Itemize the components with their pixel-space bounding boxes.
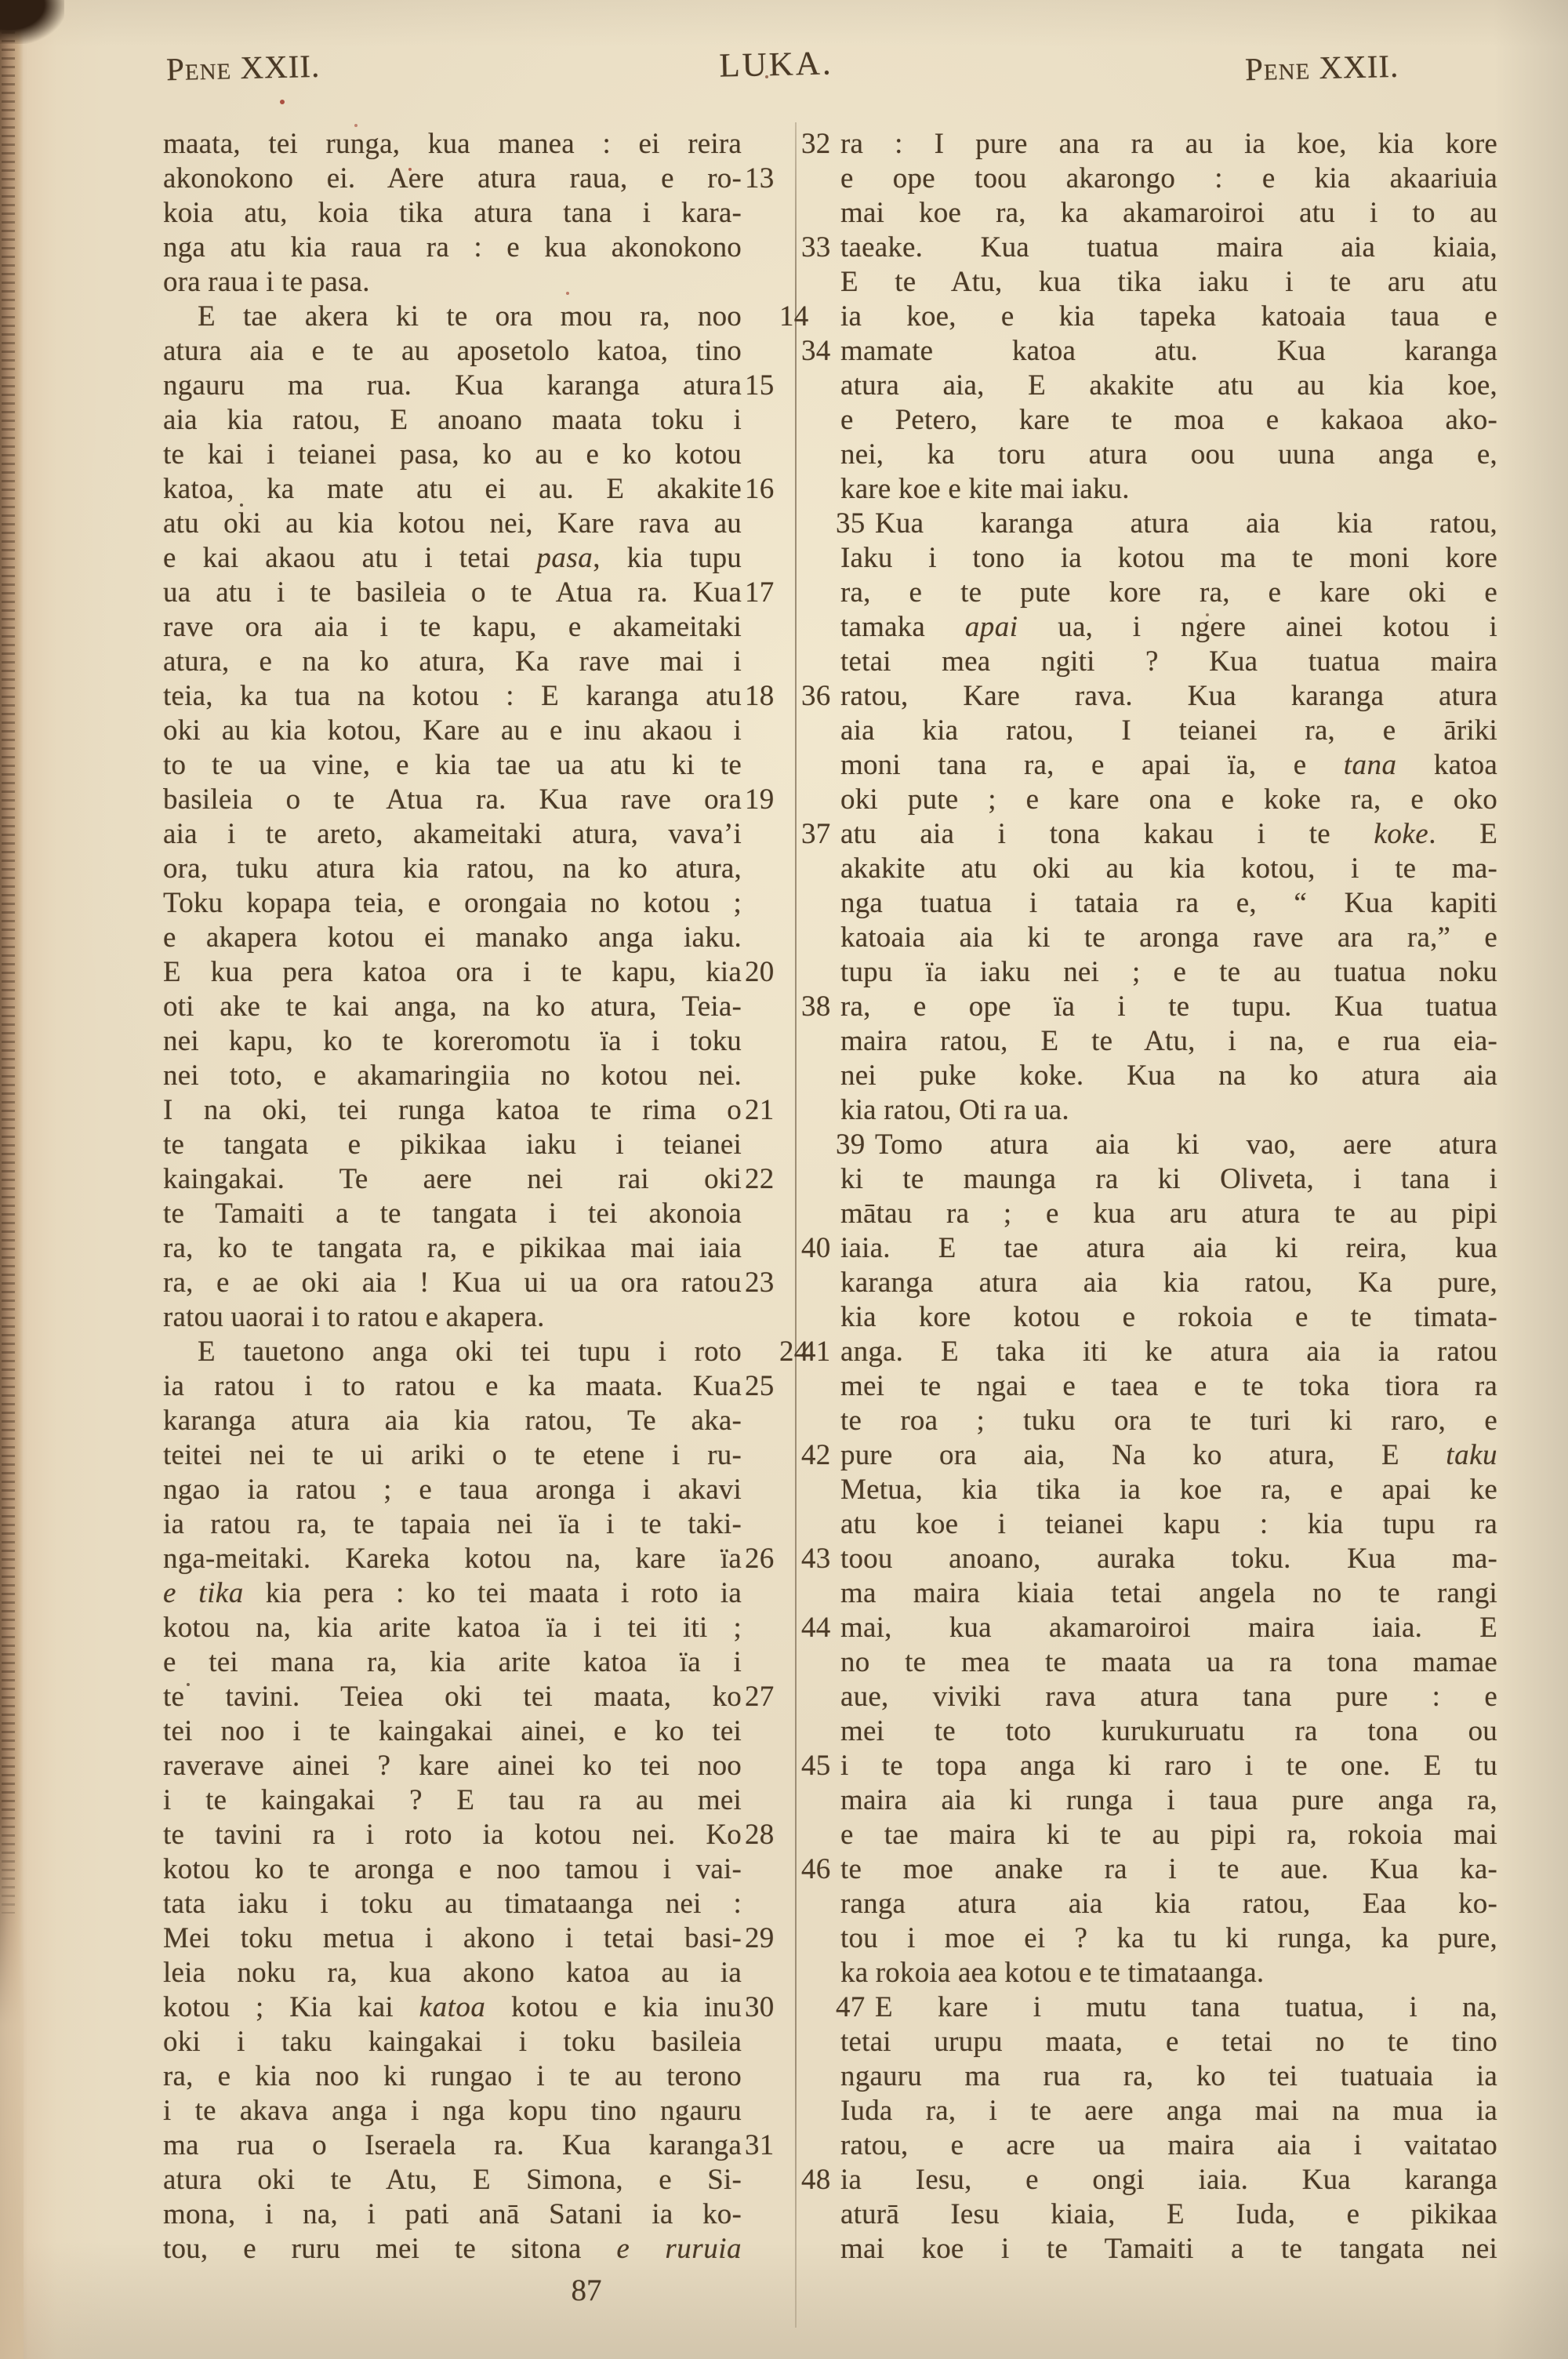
verse-text: ra, e ae oki aia ! Kua ui ua ora ratou [163, 1267, 742, 1299]
text-line: ra, e ope ïa i te tupu. Kua tuatua38 [840, 990, 1497, 1024]
text-line: aue, viviki rava atura tana pure : e [840, 1680, 1497, 1714]
verse-text: mātau ra ; e kua aru atura te au pipi [840, 1198, 1497, 1230]
text-line: ia ratou ra, te tapaia nei ïa i te taki- [163, 1507, 742, 1542]
text-line: tetai urupu maata, e tetai no te tino [840, 2025, 1497, 2059]
verse-text: kare koe e kite mai iaku. [840, 473, 1130, 505]
text-line: tei noo i te kaingakai ainei, e ko tei [163, 1714, 742, 1749]
text-line: mona, i na, i pati anā Satani ia ko- [163, 2197, 742, 2232]
verse-text: tata iaku i toku au timataanga nei : [163, 1888, 742, 1920]
verse-text: mei te toto kurukuruatu ra tona ou [840, 1715, 1497, 1747]
text-line: ora raua i te pasa. [163, 265, 742, 300]
text-line: raverave ainei ? kare ainei ko tei noo [163, 1749, 742, 1783]
verse-text: kaingakai. Te aere nei rai oki [163, 1163, 742, 1195]
verse-text: te roa ; tuku ora te turi ki raro, e [840, 1405, 1497, 1437]
verse-text: te kai i teianei pasa, ko au e ko kotou [163, 438, 742, 471]
verse-text: ia koe, e kia tapeka katoaia taua e [840, 300, 1497, 333]
header-chapter-right: Pene XXII. [1244, 47, 1399, 88]
text-line: kaingakai. Te aere nei rai oki22 [163, 1162, 742, 1197]
text-line: e tika kia pera : ko tei maata i roto ia [163, 1576, 742, 1611]
text-line: ua atu i te basileia o te Atua ra. Kua17 [163, 576, 742, 610]
verse-text: E te Atu, kua tika iaku i te aru atu [840, 266, 1497, 298]
text-line: kia ratou, Oti ra ua. [840, 1093, 1497, 1128]
verse-text: ra, e te pute kore ra, e kare oki e [840, 576, 1497, 609]
verse-number: 37 [801, 817, 837, 852]
verse-text: ngauru ma rua. Kua karanga atura [163, 369, 742, 402]
verse-text: raverave ainei ? kare ainei ko tei noo [163, 1750, 742, 1782]
text-line: te moe anake ra i te aue. Kua ka-46 [840, 1852, 1497, 1887]
verse-text: nei puke koke. Kua na ko atura aia [840, 1060, 1497, 1092]
left-text-column: maata, tei runga, kua manea : ei reiraak… [163, 127, 742, 2266]
verse-number: 13 [745, 162, 793, 196]
verse-text: te Tamaiti a te tangata i tei akonoia [163, 1198, 742, 1230]
text-line: Iaku i tono ia kotou ma te moni kore [840, 541, 1497, 576]
verse-text: teitei nei te ui ariki o te etene i ru- [163, 1439, 742, 1471]
verse-text: mei te ngai e taea e te toka tiora ra [840, 1370, 1497, 1402]
text-line: Tomo atura aia ki vao, aere atura39 [840, 1128, 1497, 1162]
text-line: kia kore kotou e rokoia e te timata- [840, 1300, 1497, 1335]
verse-text: e tae maira ki te au pipi ra, rokoia mai [840, 1819, 1497, 1851]
text-line: moni tana ra, e apai ïa, e tana katoa [840, 748, 1497, 783]
text-line: ia ratou i to ratou e ka maata. Kua25 [163, 1369, 742, 1404]
text-line: mātau ra ; e kua aru atura te au pipi [840, 1197, 1497, 1231]
text-line: maata, tei runga, kua manea : ei reira [163, 127, 742, 162]
verse-text: ia ratou i to ratou e ka maata. Kua [163, 1370, 742, 1402]
verse-text: I na oki, tei runga katoa te rima o [163, 1094, 742, 1126]
verse-text: Mei toku metua i akono i tetai basi- [163, 1922, 742, 1954]
verse-text: mamate katoa atu. Kua karanga [840, 335, 1497, 367]
text-line: kare koe e kite mai iaku. [840, 472, 1497, 507]
verse-text: ranga atura aia kia ratou, Eaa ko- [840, 1888, 1497, 1920]
text-line: E tauetono anga oki tei tupu i roto24 [163, 1335, 742, 1369]
verse-number: 28 [745, 1818, 793, 1852]
text-line: Iuda ra, i te aere anga mai na mua ia [840, 2094, 1497, 2128]
verse-text: e kai akaou atu i tetai pasa, kia tupu [163, 542, 742, 574]
verse-text: no te mea te maata ua ra tona mamae [840, 1646, 1497, 1678]
text-line: ora, tuku atura kia ratou, na ko atura, [163, 852, 742, 886]
verse-text: mai koe i te Tamaiti a te tangata nei [840, 2233, 1497, 2265]
verse-text: akakite atu oki au kia kotou, i te ma- [840, 852, 1497, 885]
verse-text: E kare i mutu tana tuatua, i na, [875, 1991, 1497, 2023]
verse-number: 16 [745, 472, 793, 507]
verse-text: e tei mana ra, kia arite katoa ïa i [163, 1646, 742, 1678]
verse-text: Kua karanga atura aia kia ratou, [875, 507, 1497, 540]
text-line: atura oki te Atu, E Simona, e Si- [163, 2163, 742, 2197]
verse-text: aia kia ratou, E anoano maata toku i [163, 404, 742, 436]
text-line: atura aia e te au aposetolo katoa, tino [163, 334, 742, 369]
verse-text: koia atu, koia tika atura tana i kara- [163, 197, 742, 229]
verse-text: aia kia ratou, I teianei ra, e āriki [840, 714, 1497, 747]
verse-text: tamaka apai ua, i ngere ainei kotou i [840, 611, 1497, 643]
text-line: no te mea te maata ua ra tona mamae [840, 1645, 1497, 1680]
verse-number: 36 [801, 679, 837, 714]
verse-number: 46 [801, 1852, 837, 1887]
verse-number: 19 [745, 783, 793, 817]
text-line: atu koe i teianei kapu : kia tupu ra [840, 1507, 1497, 1542]
text-line: oki au kia kotou, Kare au e inu akaou i [163, 714, 742, 748]
verse-text: atura oki te Atu, E Simona, e Si- [163, 2164, 742, 2196]
text-line: kotou ko te aronga e noo tamou i vai- [163, 1852, 742, 1887]
verse-text: atu koe i teianei kapu : kia tupu ra [840, 1508, 1497, 1540]
column-divider-rule [795, 122, 797, 2328]
running-header: Pene XXII. LUKA. Pene XXII. [0, 0, 1568, 102]
verse-text: basileia o te Atua ra. Kua rave ora [163, 783, 742, 816]
text-line: atu aia i tona kakau i te koke. E37 [840, 817, 1497, 852]
text-line: teitei nei te ui ariki o te etene i ru- [163, 1438, 742, 1473]
verse-text: tupu ïa iaku nei ; e te au tuatua noku [840, 956, 1497, 988]
verse-text: tou, e ruru mei te sitona e ruruia [163, 2233, 742, 2265]
text-line: rave ora aia i te kapu, e akameitaki [163, 610, 742, 645]
verse-text: Iuda ra, i te aere anga mai na mua ia [840, 2095, 1497, 2127]
text-line: ia koe, e kia tapeka katoaia taua e [840, 300, 1497, 334]
text-line: i te topa anga ki raro i te one. E tu45 [840, 1749, 1497, 1783]
verse-text: ngao ia ratou ; e taua aronga i akavi [163, 1474, 742, 1506]
text-line: karanga atura aia kia ratou, Te aka- [163, 1404, 742, 1438]
verse-text: mai, kua akamaroiroi maira iaia. E [840, 1612, 1497, 1644]
right-text-column: ra : I pure ana ra au ia koe, kia kore32… [840, 127, 1497, 2266]
text-line: akakite atu oki au kia kotou, i te ma- [840, 852, 1497, 886]
verse-number: 42 [801, 1438, 837, 1473]
text-line: leia noku ra, kua akono katoa au ia [163, 1956, 742, 1990]
verse-text: rave ora aia i te kapu, e akameitaki [163, 611, 742, 643]
scanned-book-page: { "colors":{"paper":"#e8dcc2","ink":"#4b… [0, 0, 1568, 2359]
verse-text: toou anoano, auraka toku. Kua ma- [840, 1543, 1497, 1575]
verse-text: maata, tei runga, kua manea : ei reira [163, 128, 742, 160]
verse-text: ra, ko te tangata ra, e pikikaa mai iaia [163, 1232, 742, 1264]
verse-number: 29 [745, 1921, 793, 1956]
verse-text: atu oki au kia kotou nei, Kare rava au [163, 507, 742, 540]
text-line: mei te toto kurukuruatu ra tona ou [840, 1714, 1497, 1749]
verse-text: Iaku i tono ia kotou ma te moni kore [840, 542, 1497, 574]
text-line: oti ake te kai anga, na ko atura, Teia- [163, 990, 742, 1024]
verse-text: mai koe ra, ka akamaroiroi atu i to au [840, 197, 1497, 229]
verse-number: 21 [745, 1093, 793, 1128]
text-line: nei kapu, ko te koreromotu ïa i toku [163, 1024, 742, 1059]
page-number: 87 [539, 2273, 633, 2308]
text-line: Kua karanga atura aia kia ratou,35 [840, 507, 1497, 541]
verse-text: to te ua vine, e kia tae ua atu ki te [163, 749, 742, 781]
text-line: teia, ka tua na kotou : E karanga atu18 [163, 679, 742, 714]
text-line: tamaka apai ua, i ngere ainei kotou i [840, 610, 1497, 645]
verse-number: 39 [801, 1128, 837, 1162]
verse-text: oki pute ; e kare ona e koke ra, e oko [840, 783, 1497, 816]
verse-text: nga-meitaki. Kareka kotou na, kare ïa [163, 1543, 742, 1575]
text-line: taeake. Kua tuatua maira aia kiaia,33 [840, 231, 1497, 265]
text-line: tupu ïa iaku nei ; e te au tuatua noku [840, 955, 1497, 990]
text-line: ra, ko te tangata ra, e pikikaa mai iaia [163, 1231, 742, 1266]
text-line: katoaia aia ki te aronga rave ara ra,” e [840, 921, 1497, 955]
verse-number: 17 [745, 576, 793, 610]
text-line: mai, kua akamaroiroi maira iaia. E44 [840, 1611, 1497, 1645]
verse-number: 31 [745, 2128, 793, 2163]
verse-text: e tika kia pera : ko tei maata i roto ia [163, 1577, 742, 1609]
verse-text: ua atu i te basileia o te Atua ra. Kua [163, 576, 742, 609]
text-line: aturā Iesu kiaia, E Iuda, e pikikaa [840, 2197, 1497, 2232]
verse-number: 45 [801, 1749, 837, 1783]
text-line: E kare i mutu tana tuatua, i na,47 [840, 1990, 1497, 2025]
verse-number: 23 [745, 1266, 793, 1300]
verse-text: nei, ka toru atura oou uuna anga e, [840, 438, 1497, 471]
text-line: nei puke koke. Kua na ko atura aia [840, 1059, 1497, 1093]
verse-text: ratou uaorai i to ratou e akapera. [163, 1301, 545, 1333]
text-line: mei te ngai e taea e te toka tiora ra [840, 1369, 1497, 1404]
verse-text: i te topa anga ki raro i te one. E tu [840, 1750, 1497, 1782]
verse-text: ora raua i te pasa. [163, 266, 370, 298]
verse-text: aturā Iesu kiaia, E Iuda, e pikikaa [840, 2198, 1497, 2230]
text-line: oki i taku kaingakai i toku basileia [163, 2025, 742, 2059]
verse-text: nei toto, e akamaringiia no kotou nei. [163, 1060, 742, 1092]
verse-text: ma maira kiaia tetai angela no te rangi [840, 1577, 1497, 1609]
text-line: ranga atura aia kia ratou, Eaa ko- [840, 1887, 1497, 1921]
text-line: e akapera kotou ei manako anga iaku. [163, 921, 742, 955]
text-line: ngao ia ratou ; e taua aronga i akavi [163, 1473, 742, 1507]
verse-text: ora, tuku atura kia ratou, na ko atura, [163, 852, 742, 885]
verse-text: i te kaingakai ? E tau ra au mei [163, 1784, 742, 1816]
verse-text: Toku kopapa teia, e orongaia no kotou ; [163, 887, 742, 919]
text-line: Toku kopapa teia, e orongaia no kotou ; [163, 886, 742, 921]
text-line: tetai mea ngiti ? Kua tuatua maira [840, 645, 1497, 679]
text-line: oki pute ; e kare ona e koke ra, e oko [840, 783, 1497, 817]
verse-text: te tavini. Teiea oki tei maata, ko [163, 1681, 742, 1713]
verse-text: atu aia i tona kakau i te koke. E [840, 818, 1497, 850]
verse-number: 27 [745, 1680, 793, 1714]
verse-number: 24 [745, 1335, 793, 1369]
verse-text: kia ratou, Oti ra ua. [840, 1094, 1069, 1126]
header-chapter-left: Pene XXII. [165, 47, 320, 88]
verse-number: 22 [745, 1162, 793, 1197]
verse-text: oki au kia kotou, Kare au e inu akaou i [163, 714, 742, 747]
text-line: ra, e kia noo ki rungao i te au terono [163, 2059, 742, 2094]
text-line: iaia. E tae atura aia ki reira, kua40 [840, 1231, 1497, 1266]
text-line: ia Iesu, e ongi iaia. Kua karanga48 [840, 2163, 1497, 2197]
verse-text: E tauetono anga oki tei tupu i roto [198, 1336, 742, 1368]
verse-text: ratou, e acre ua maira aia i vaitatao [840, 2129, 1497, 2161]
text-line: aia kia ratou, E anoano maata toku i [163, 403, 742, 438]
verse-text: te tangata e pikikaa iaku i teianei [163, 1129, 742, 1161]
verse-text: pure ora aia, Na ko atura, E taku [840, 1439, 1497, 1471]
text-line: mamate katoa atu. Kua karanga34 [840, 334, 1497, 369]
text-line: e Petero, kare te moa e kakaoa ako- [840, 403, 1497, 438]
verse-text: e akapera kotou ei manako anga iaku. [163, 921, 742, 954]
verse-number: 14 [745, 300, 793, 334]
text-line: to te ua vine, e kia tae ua atu ki te [163, 748, 742, 783]
text-line: tata iaku i toku au timataanga nei : [163, 1887, 742, 1921]
verse-text: kotou na, kia arite katoa ïa i tei iti ; [163, 1612, 742, 1644]
text-line: toou anoano, auraka toku. Kua ma-43 [840, 1542, 1497, 1576]
text-line: ra : I pure ana ra au ia koe, kia kore32 [840, 127, 1497, 162]
text-line: te kai i teianei pasa, ko au e ko kotou [163, 438, 742, 472]
verse-text: ngauru ma rua ra, ko tei tuatuaia ia [840, 2060, 1497, 2092]
verse-text: nga atu kia raua ra : e kua akonokono [163, 231, 742, 264]
text-line: E kua pera katoa ora i te kapu, kia20 [163, 955, 742, 990]
text-line: atura, e na ko atura, Ka rave mai i [163, 645, 742, 679]
verse-text: ra : I pure ana ra au ia koe, kia kore [840, 128, 1497, 160]
verse-number: 41 [801, 1335, 837, 1369]
text-line: te tavini ra i roto ia kotou nei. Ko28 [163, 1818, 742, 1852]
verse-text: karanga atura aia kia ratou, Te aka- [163, 1405, 742, 1437]
text-line: te tavini. Teiea oki tei maata, ko27 [163, 1680, 742, 1714]
text-line: E te Atu, kua tika iaku i te aru atu [840, 265, 1497, 300]
text-line: basileia o te Atua ra. Kua rave ora19 [163, 783, 742, 817]
verse-number: 38 [801, 990, 837, 1024]
text-line: te tangata e pikikaa iaku i teianei [163, 1128, 742, 1162]
verse-text: karanga atura aia kia ratou, Ka pure, [840, 1267, 1497, 1299]
verse-number: 35 [801, 507, 837, 541]
verse-text: katoa, ka mate atu ei au. E akakite [163, 473, 742, 505]
verse-number: 32 [801, 127, 837, 162]
text-line: kotou ; Kia kai katoa kotou e kia inu30 [163, 1990, 742, 2025]
text-line: ra, e ae oki aia ! Kua ui ua ora ratou23 [163, 1266, 742, 1300]
text-line: mai koe i te Tamaiti a te tangata nei [840, 2232, 1497, 2266]
verse-number: 25 [745, 1369, 793, 1404]
text-line: e ope toou akarongo : e kia akaariuia [840, 162, 1497, 196]
verse-text: ka rokoia aea kotou e te timataanga. [840, 1957, 1264, 1989]
text-line: Metua, kia tika ia koe ra, e apai ke [840, 1473, 1497, 1507]
verse-number: 48 [801, 2163, 837, 2197]
verse-text: te moe anake ra i te aue. Kua ka- [840, 1853, 1497, 1885]
verse-number: 33 [801, 231, 837, 265]
text-line: ra, e te pute kore ra, e kare oki e [840, 576, 1497, 610]
verse-number: 43 [801, 1542, 837, 1576]
verse-text: katoaia aia ki te aronga rave ara ra,” e [840, 921, 1497, 954]
verse-text: aia i te areto, akameitaki atura, vava’i [163, 818, 742, 850]
verse-text: ra, e ope ïa i te tupu. Kua tuatua [840, 990, 1497, 1023]
text-line: ratou, e acre ua maira aia i vaitatao [840, 2128, 1497, 2163]
text-line: aia i te areto, akameitaki atura, vava’i [163, 817, 742, 852]
verse-number: 47 [801, 1990, 837, 2025]
verse-text: e ope toou akarongo : e kia akaariuia [840, 162, 1497, 194]
verse-text: e Petero, kare te moa e kakaoa ako- [840, 404, 1497, 436]
verse-text: oti ake te kai anga, na ko atura, Teia- [163, 990, 742, 1023]
verse-text: E kua pera katoa ora i te kapu, kia [163, 956, 742, 988]
text-line: maira aia ki runga i taua pure anga ra, [840, 1783, 1497, 1818]
text-line: Mei toku metua i akono i tetai basi-29 [163, 1921, 742, 1956]
verse-text: E tae akera ki te ora mou ra, noo [198, 300, 742, 333]
text-line: i te kaingakai ? E tau ra au mei [163, 1783, 742, 1818]
text-line: nei, ka toru atura oou uuna anga e, [840, 438, 1497, 472]
verse-number: 18 [745, 679, 793, 714]
verse-text: ia ratou ra, te tapaia nei ïa i te taki- [163, 1508, 742, 1540]
text-line: nga-meitaki. Kareka kotou na, kare ïa26 [163, 1542, 742, 1576]
text-line: ki te maunga ra ki Oliveta, i tana i [840, 1162, 1497, 1197]
text-line: te roa ; tuku ora te turi ki raro, e [840, 1404, 1497, 1438]
verse-text: atura, e na ko atura, Ka rave mai i [163, 645, 742, 678]
verse-text: te tavini ra i roto ia kotou nei. Ko [163, 1819, 742, 1851]
text-line: pure ora aia, Na ko atura, E taku42 [840, 1438, 1497, 1473]
text-line: tou i moe ei ? ka tu ki runga, ka pure, [840, 1921, 1497, 1956]
text-line: nga atu kia raua ra : e kua akonokono [163, 231, 742, 265]
verse-text: maira ratou, E te Atu, i na, e rua eia- [840, 1025, 1497, 1057]
text-line: e kai akaou atu i tetai pasa, kia tupu [163, 541, 742, 576]
verse-text: ma rua o Iseraela ra. Kua karanga [163, 2129, 742, 2161]
verse-text: ki te maunga ra ki Oliveta, i tana i [840, 1163, 1497, 1195]
verse-text: i te akava anga i nga kopu tino ngauru [163, 2095, 742, 2127]
text-line: koia atu, koia tika atura tana i kara- [163, 196, 742, 231]
text-line: ratou uaorai i to ratou e akapera. [163, 1300, 742, 1335]
verse-number: 26 [745, 1542, 793, 1576]
verse-text: tetai mea ngiti ? Kua tuatua maira [840, 645, 1497, 678]
verse-text: nga tuatua i tataia ra e, “ Kua kapiti [840, 887, 1497, 919]
text-line: atu oki au kia kotou nei, Kare rava au [163, 507, 742, 541]
verse-text: kotou ko te aronga e noo tamou i vai- [163, 1853, 742, 1885]
verse-text: teia, ka tua na kotou : E karanga atu [163, 680, 742, 712]
text-line: ma maira kiaia tetai angela no te rangi [840, 1576, 1497, 1611]
text-line: atura aia, E akakite atu au kia koe, [840, 369, 1497, 403]
verse-text: atura aia e te au aposetolo katoa, tino [163, 335, 742, 367]
verse-text: Metua, kia tika ia koe ra, e apai ke [840, 1474, 1497, 1506]
text-line: I na oki, tei runga katoa te rima o21 [163, 1093, 742, 1128]
text-line: ma rua o Iseraela ra. Kua karanga31 [163, 2128, 742, 2163]
text-line: kotou na, kia arite katoa ïa i tei iti ; [163, 1611, 742, 1645]
text-line: nei toto, e akamaringiia no kotou nei. [163, 1059, 742, 1093]
verse-text: ia Iesu, e ongi iaia. Kua karanga [840, 2164, 1497, 2196]
text-line: ratou, Kare rava. Kua karanga atura36 [840, 679, 1497, 714]
verse-number: 15 [745, 369, 793, 403]
verse-text: akonokono ei. Aere atura raua, e ro- [163, 162, 742, 194]
verse-text: aue, viviki rava atura tana pure : e [840, 1681, 1497, 1713]
text-line: ngauru ma rua ra, ko tei tuatuaia ia [840, 2059, 1497, 2094]
text-line: e tei mana ra, kia arite katoa ïa i [163, 1645, 742, 1680]
verse-text: nei kapu, ko te koreromotu ïa i toku [163, 1025, 742, 1057]
verse-text: iaia. E tae atura aia ki reira, kua [840, 1232, 1497, 1264]
verse-text: moni tana ra, e apai ïa, e tana katoa [840, 749, 1497, 781]
verse-text: mona, i na, i pati anā Satani ia ko- [163, 2198, 742, 2230]
header-book-title: LUKA. [689, 44, 862, 86]
text-line: nga tuatua i tataia ra e, “ Kua kapiti [840, 886, 1497, 921]
verse-number: 34 [801, 334, 837, 369]
verse-text: ra, e kia noo ki rungao i te au terono [163, 2060, 742, 2092]
text-line: karanga atura aia kia ratou, Ka pure, [840, 1266, 1497, 1300]
verse-text: kia kore kotou e rokoia e te timata- [840, 1301, 1497, 1333]
text-line: akonokono ei. Aere atura raua, e ro-13 [163, 162, 742, 196]
text-line: tou, e ruru mei te sitona e ruruia [163, 2232, 742, 2266]
verse-text: Tomo atura aia ki vao, aere atura [875, 1129, 1497, 1161]
text-line: e tae maira ki te au pipi ra, rokoia mai [840, 1818, 1497, 1852]
verse-number: 20 [745, 955, 793, 990]
text-line: maira ratou, E te Atu, i na, e rua eia- [840, 1024, 1497, 1059]
verse-number: 40 [801, 1231, 837, 1266]
text-line: aia kia ratou, I teianei ra, e āriki [840, 714, 1497, 748]
verse-text: taeake. Kua tuatua maira aia kiaia, [840, 231, 1497, 264]
verse-number: 44 [801, 1611, 837, 1645]
verse-text: kotou ; Kia kai katoa kotou e kia inu [163, 1991, 742, 2023]
verse-text: tetai urupu maata, e tetai no te tino [840, 2026, 1497, 2058]
verse-text: oki i taku kaingakai i toku basileia [163, 2026, 742, 2058]
verse-text: atura aia, E akakite atu au kia koe, [840, 369, 1497, 402]
verse-text: leia noku ra, kua akono katoa au ia [163, 1957, 742, 1989]
text-line: anga. E taka iti ke atura aia ia ratou41 [840, 1335, 1497, 1369]
verse-text: tei noo i te kaingakai ainei, e ko tei [163, 1715, 742, 1747]
text-line: katoa, ka mate atu ei au. E akakite16 [163, 472, 742, 507]
verse-text: ratou, Kare rava. Kua karanga atura [840, 680, 1497, 712]
verse-text: anga. E taka iti ke atura aia ia ratou [840, 1336, 1497, 1368]
verse-text: maira aia ki runga i taua pure anga ra, [840, 1784, 1497, 1816]
text-line: i te akava anga i nga kopu tino ngauru [163, 2094, 742, 2128]
book-gutter-page-edge [0, 0, 24, 2359]
text-line: te Tamaiti a te tangata i tei akonoia [163, 1197, 742, 1231]
text-line: ngauru ma rua. Kua karanga atura15 [163, 369, 742, 403]
verse-text: tou i moe ei ? ka tu ki runga, ka pure, [840, 1922, 1497, 1954]
text-line: mai koe ra, ka akamaroiroi atu i to au [840, 196, 1497, 231]
verse-number: 30 [745, 1990, 793, 2025]
text-line: ka rokoia aea kotou e te timataanga. [840, 1956, 1497, 1990]
text-line: E tae akera ki te ora mou ra, noo14 [163, 300, 742, 334]
